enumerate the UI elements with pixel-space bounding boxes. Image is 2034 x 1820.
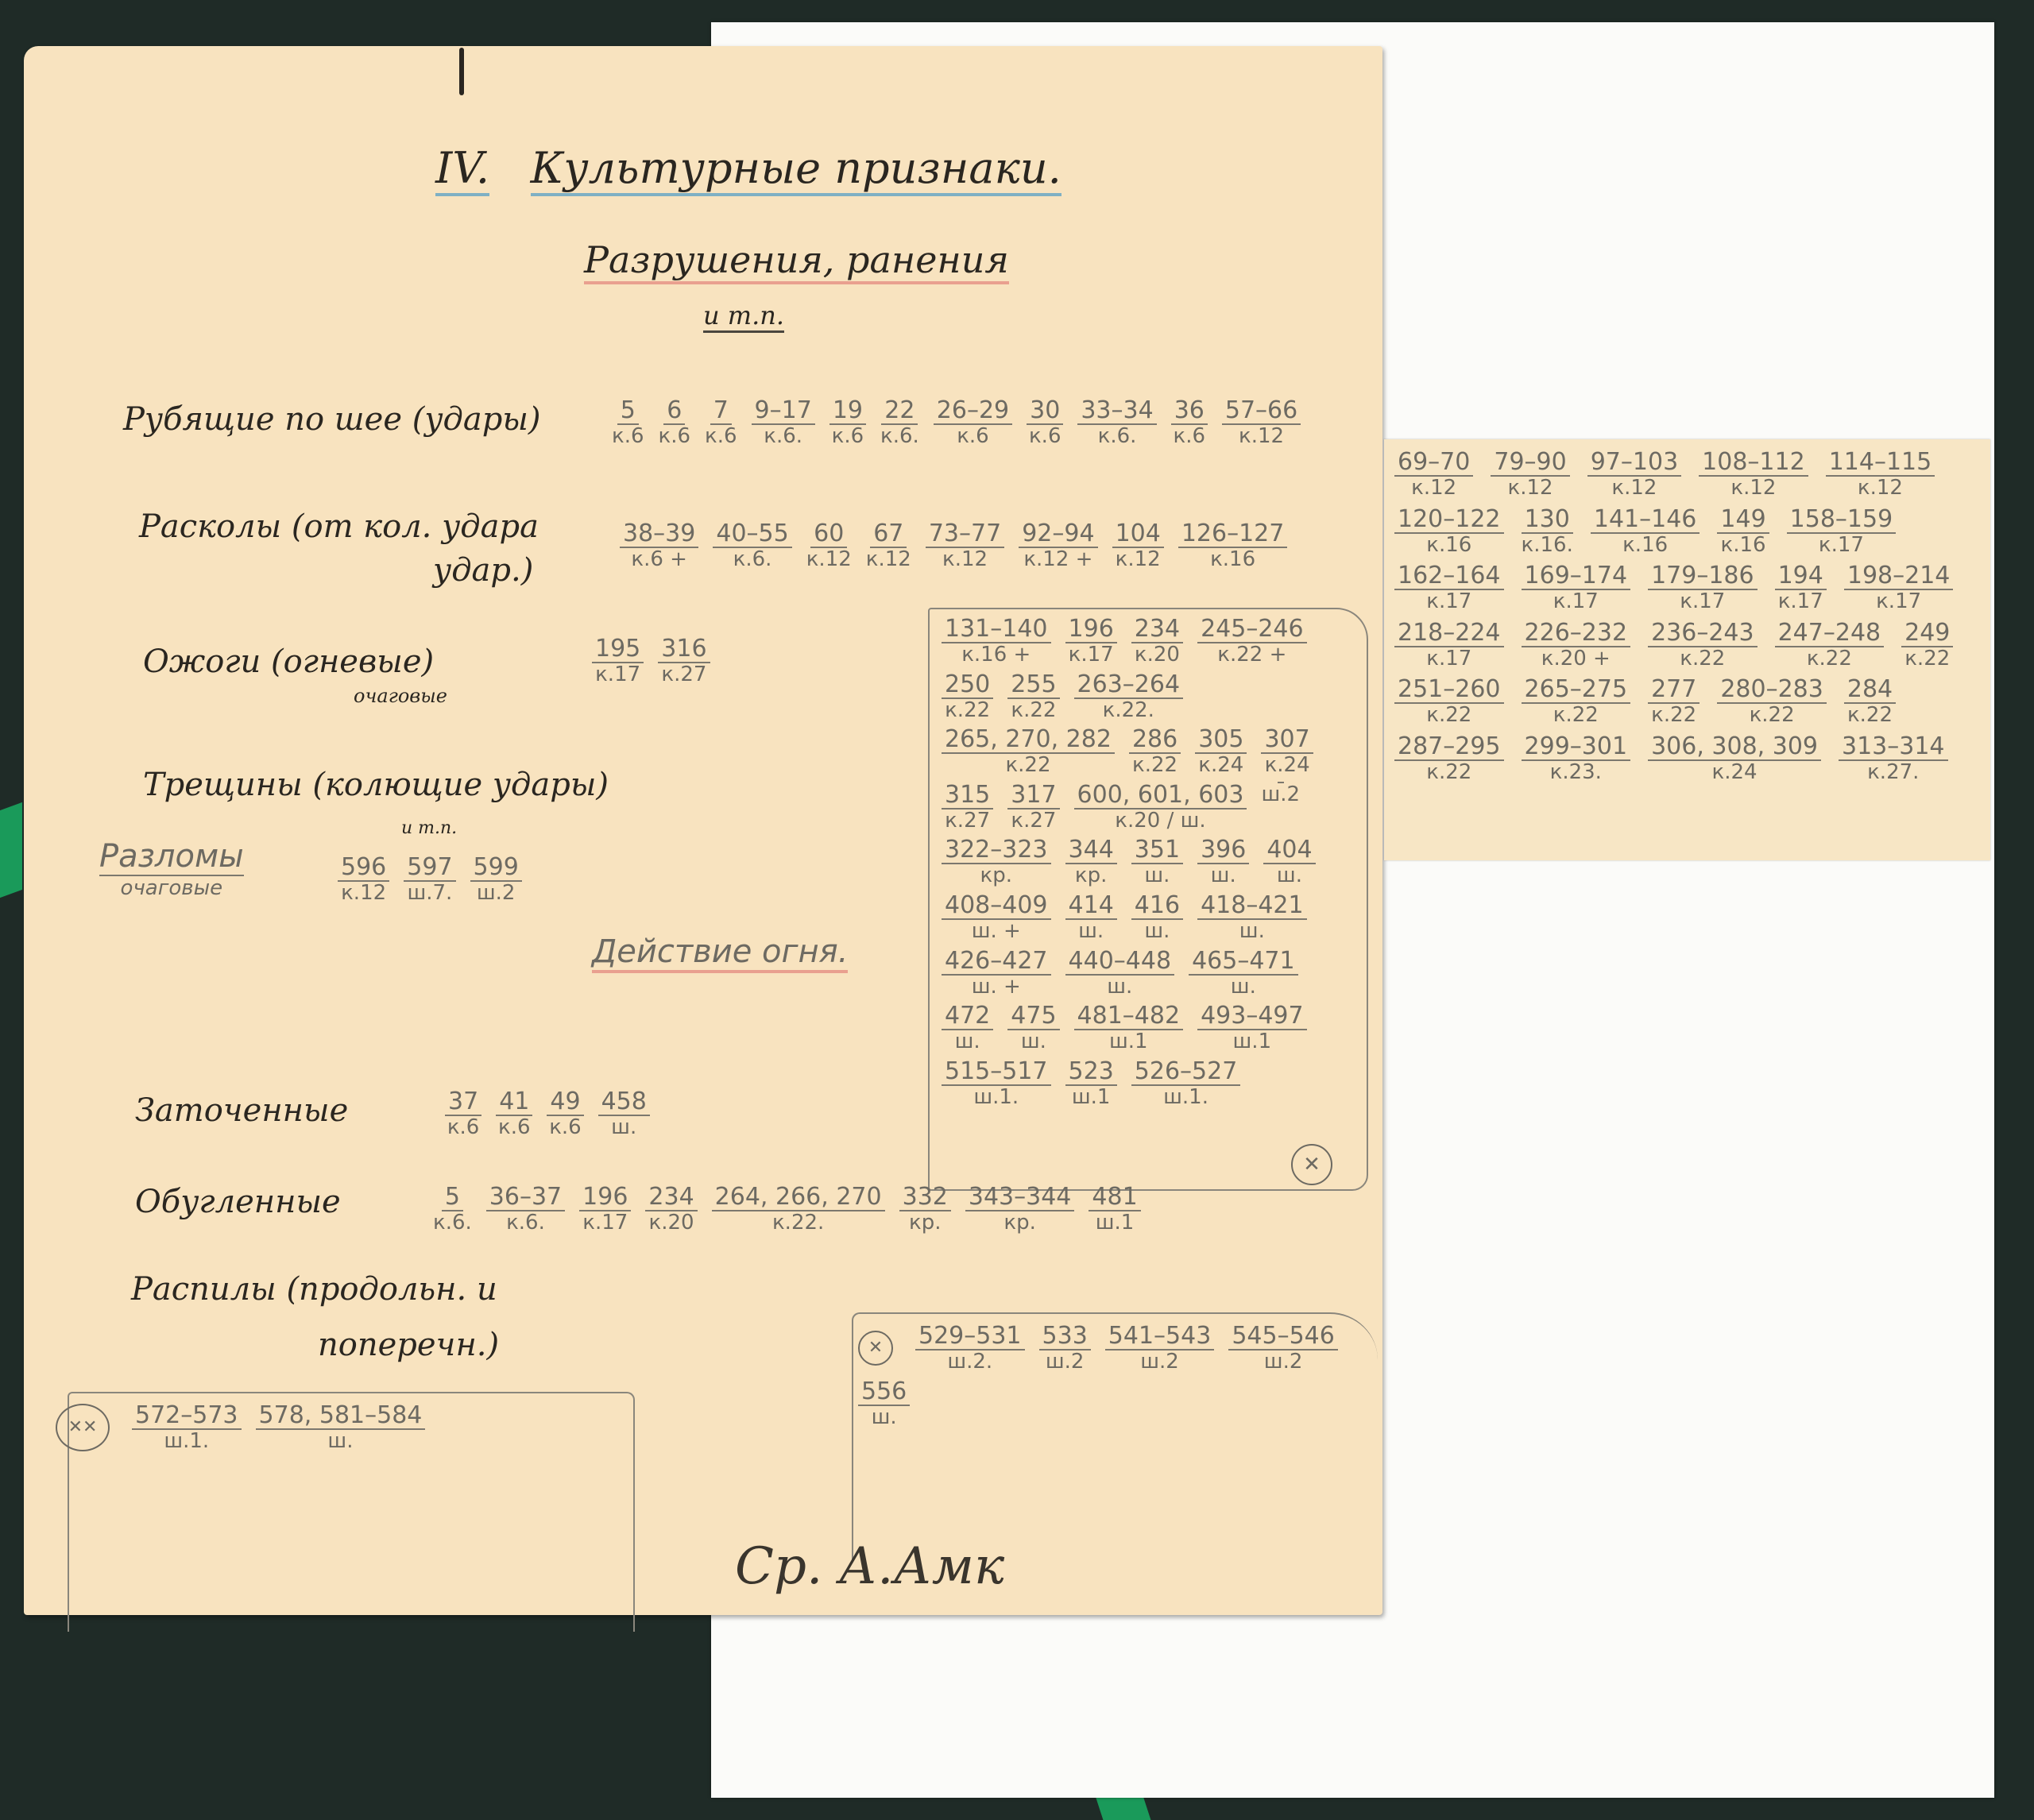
- entry-refs-splits: 38–39к.6 + 40–55к.6. 60к.12 67к.12 73–77…: [620, 520, 1335, 571]
- entry-label-saw-cuts: Распилы (продольн. и: [131, 1271, 497, 1308]
- entry-label-cracks: Трещины (колющие удары): [143, 767, 609, 803]
- ink-mark: [459, 48, 464, 95]
- section-title: Культурные признаки.: [531, 143, 1061, 196]
- slip-refs-list: 69–70к.12 79–90к.12 97–103к.12 108–112к.…: [1394, 449, 1982, 784]
- entry-label-fractures: Разломы очаговые: [99, 838, 244, 900]
- entry-refs-chopping: 5к.6 6к.6 7к.6 9–17к.6. 19к.6 22к.6. 26–…: [612, 397, 1390, 448]
- signature: Ср. А.Амк: [735, 1537, 1004, 1596]
- entry-refs-fractures: 596к.12 597ш.7. 599ш.2: [338, 854, 522, 905]
- section-subtitle-note: и т.п.: [703, 300, 784, 330]
- fire-box-x-mark-icon: ✕: [1291, 1144, 1340, 1185]
- entry-label-splits: Расколы (от кол. удара: [139, 508, 539, 545]
- fire-action-heading: Действие огня.: [592, 933, 848, 970]
- section-numeral: IV.: [435, 143, 489, 196]
- entry-label-sharpened: Заточенные: [135, 1092, 348, 1129]
- entry-label-burns: Ожоги (огневые): [143, 643, 434, 680]
- green-stripe-left: [0, 802, 22, 898]
- entry-label-charred: Обугленные: [135, 1184, 341, 1220]
- entry-label-splits-line2: удар.): [433, 552, 533, 589]
- entry-note-burns: очаговые: [354, 685, 447, 707]
- x-refs-list: ✕ 529–531ш.2. 533ш.2 541–543ш.2 545–546ш…: [858, 1323, 1382, 1428]
- entry-note-cracks: и т.п.: [401, 818, 457, 838]
- xx-mark-icon: ✕✕: [56, 1404, 110, 1451]
- section-subtitle: Разрушения, ранения: [584, 238, 1009, 281]
- xx-refs-list: ✕✕ 572–573ш.1. 578, 581–584ш.: [56, 1402, 425, 1453]
- entry-refs-sharpened: 37к.6 41к.6 49к.6 458ш.: [445, 1088, 650, 1139]
- entry-refs-burns: 195к.17 316к.27: [592, 636, 710, 686]
- entry-label-saw-cuts-line2: поперечн.): [318, 1327, 499, 1363]
- section-heading: IV. Культурные признаки.: [435, 143, 1061, 193]
- x-mark-icon: ✕: [858, 1331, 893, 1366]
- entry-refs-charred: 5к.6. 36–37к.6. 196к.17 234к.20 264, 266…: [433, 1184, 1307, 1235]
- fire-refs-list: 131–140к.16 + 196к.17 234к.20 245–246к.2…: [942, 616, 1355, 1108]
- entry-label-chopping: Рубящие по шее (удары): [123, 401, 541, 438]
